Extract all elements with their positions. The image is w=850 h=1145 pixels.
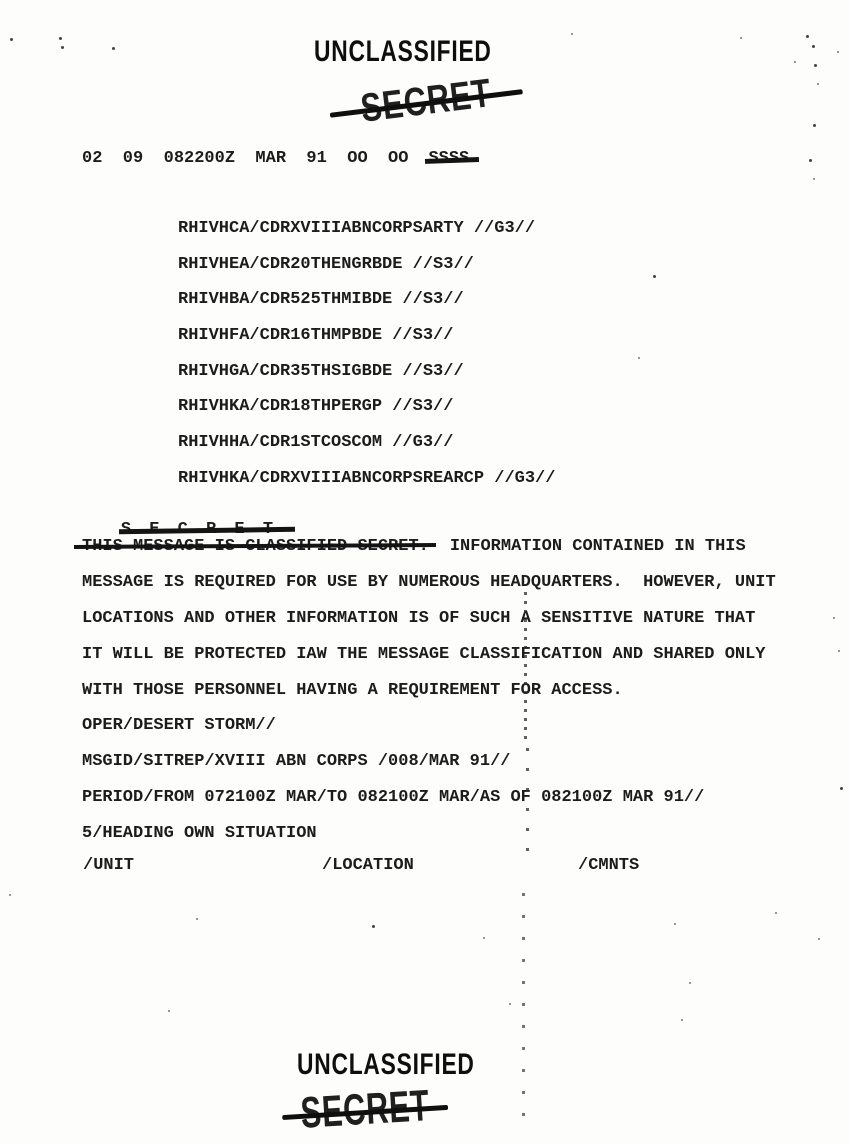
scan-speck xyxy=(196,918,198,920)
scan-speck xyxy=(817,83,819,85)
header-fields: 02 09 082200Z MAR 91 OO OO xyxy=(82,149,408,168)
scan-speck xyxy=(112,47,115,50)
fold-line-dots xyxy=(522,893,525,1125)
scan-speck xyxy=(818,938,820,940)
scan-speck xyxy=(813,178,815,180)
scan-speck xyxy=(653,275,656,278)
scan-speck xyxy=(674,923,676,925)
scan-speck xyxy=(794,61,796,63)
body-line-first: THIS MESSAGE IS CLASSIFIED SECRET.INFORM… xyxy=(82,536,776,572)
scan-speck xyxy=(837,51,839,53)
column-header-location: /LOCATION xyxy=(322,856,414,876)
scan-speck xyxy=(483,937,485,939)
body-line: OPER/DESERT STORM// xyxy=(82,715,776,751)
scan-speck xyxy=(681,1019,683,1021)
body-line: PERIOD/FROM 072100Z MAR/TO 082100Z MAR/A… xyxy=(82,787,776,823)
scan-speck xyxy=(61,46,64,49)
addressee-line: RHIVHKA/CDRXVIIIABNCORPSREARCP //G3// xyxy=(178,469,555,505)
fold-line-dots xyxy=(526,748,529,856)
body-line: LOCATIONS AND OTHER INFORMATION IS OF SU… xyxy=(82,608,776,644)
body-line: WITH THOSE PERSONNEL HAVING A REQUIREMEN… xyxy=(82,680,776,716)
body-line: 5/HEADING OWN SITUATION xyxy=(82,823,776,859)
struck-classification-sentence: THIS MESSAGE IS CLASSIFIED SECRET. xyxy=(82,536,429,557)
addressee-line: RHIVHFA/CDR16THMPBDE //S3// xyxy=(178,326,555,362)
addressee-line: RHIVHHA/CDR1STCOSCOM //G3// xyxy=(178,433,555,469)
scan-speck xyxy=(833,617,835,619)
scan-speck xyxy=(813,124,816,127)
fold-line-dots xyxy=(524,592,527,740)
scanned-document-page: UNCLASSIFIED SECRET 02 09 082200Z MAR 91… xyxy=(0,0,850,1145)
scan-speck xyxy=(775,912,777,914)
scan-speck xyxy=(838,650,840,652)
addressee-line: RHIVHKA/CDR18THPERGP //S3// xyxy=(178,397,555,433)
column-header-row: /UNIT /LOCATION /CMNTS xyxy=(0,856,850,878)
addressee-line: RHIVHGA/CDR35THSIGBDE //S3// xyxy=(178,362,555,398)
scan-speck xyxy=(509,1003,511,1005)
scan-speck xyxy=(812,45,815,48)
scan-speck xyxy=(689,982,691,984)
body-line: MESSAGE IS REQUIRED FOR USE BY NUMEROUS … xyxy=(82,572,776,608)
scan-speck xyxy=(10,38,13,41)
scan-speck xyxy=(806,35,809,38)
addressee-line: RHIVHCA/CDRXVIIIABNCORPSARTY //G3// xyxy=(178,219,555,255)
body-line: IT WILL BE PROTECTED IAW THE MESSAGE CLA… xyxy=(82,644,776,680)
message-body: THIS MESSAGE IS CLASSIFIED SECRET.INFORM… xyxy=(82,536,776,859)
unclassified-label-top: UNCLASSIFIED xyxy=(314,35,492,69)
unclassified-banner-top: UNCLASSIFIED xyxy=(0,35,850,69)
body-line-text: INFORMATION CONTAINED IN THIS xyxy=(450,537,746,556)
scan-speck xyxy=(9,894,11,896)
scan-speck xyxy=(809,159,812,162)
secret-stamp-top: SECRET xyxy=(334,67,518,135)
scan-speck xyxy=(740,37,742,39)
body-line: MSGID/SITREP/XVIII ABN CORPS /008/MAR 91… xyxy=(82,751,776,787)
message-header-line: 02 09 082200Z MAR 91 OO OOSSSS xyxy=(82,149,469,168)
scan-speck xyxy=(168,1010,170,1012)
struck-routing-code: SSSS xyxy=(428,149,469,168)
scan-speck xyxy=(372,925,375,928)
unclassified-banner-bottom: UNCLASSIFIED xyxy=(0,1048,850,1082)
addressee-line: RHIVHEA/CDR20THENGRBDE //S3// xyxy=(178,255,555,291)
addressee-list: RHIVHCA/CDRXVIIIABNCORPSARTY //G3// RHIV… xyxy=(178,219,555,505)
unclassified-label-bottom: UNCLASSIFIED xyxy=(297,1048,475,1082)
scan-speck xyxy=(59,37,62,40)
secret-stamp-bottom: SECRET xyxy=(288,1081,443,1138)
addressee-line: RHIVHBA/CDR525THMIBDE //S3// xyxy=(178,290,555,326)
scan-speck xyxy=(814,64,817,67)
scan-speck xyxy=(638,357,640,359)
scan-speck xyxy=(571,33,573,35)
column-header-unit: /UNIT xyxy=(83,856,134,876)
column-header-cmnts: /CMNTS xyxy=(578,856,639,876)
scan-speck xyxy=(840,787,843,790)
